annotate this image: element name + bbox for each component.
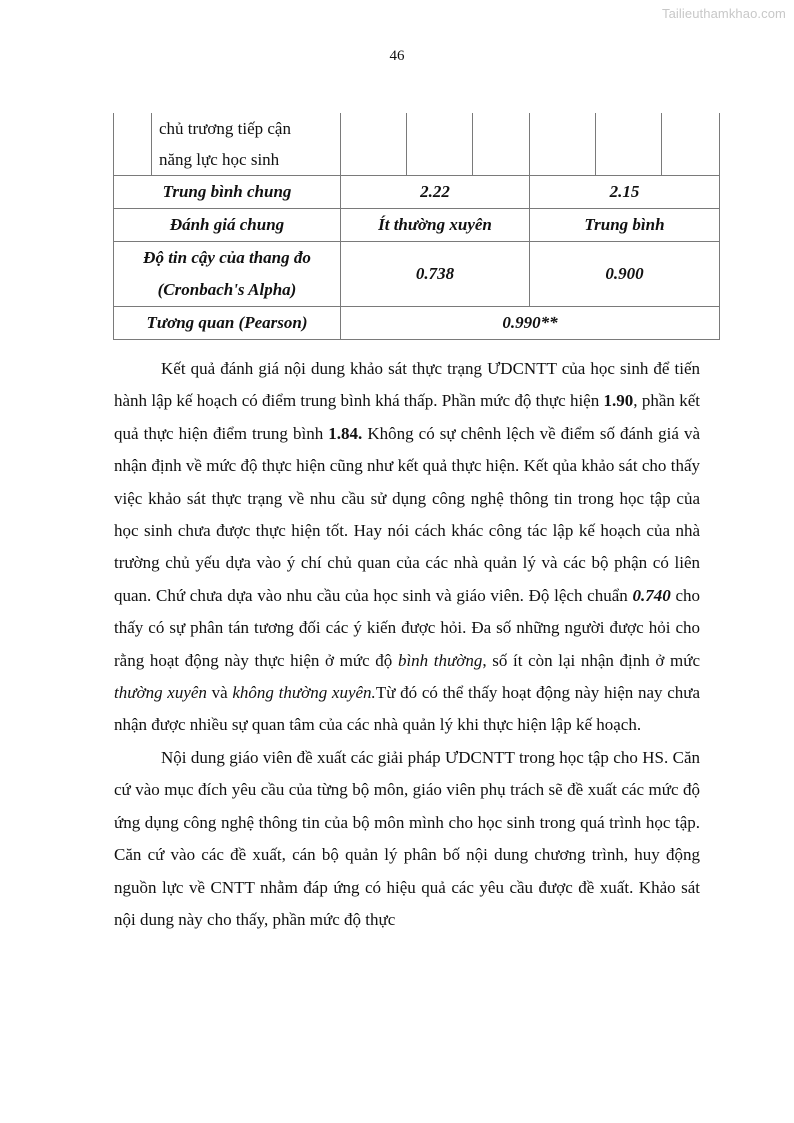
row-label: Độ tin cậy của thang đo (Cronbach's Alph… <box>114 242 341 307</box>
row-label: Đánh giá chung <box>114 209 341 242</box>
page-number: 46 <box>0 48 794 65</box>
bold-value: 1.84. <box>328 424 362 443</box>
table-cell-index <box>114 113 152 176</box>
table-cell <box>407 113 473 176</box>
content-line: năng lực học sinh <box>159 144 340 175</box>
content-line: chủ trương tiếp cận <box>159 113 340 144</box>
table-cell <box>341 113 407 176</box>
label-line: Độ tin cậy của thang đo <box>114 242 340 274</box>
body-text: Kết quả đánh giá nội dung khảo sát thực … <box>114 353 700 936</box>
bold-value: 1.90 <box>604 391 634 410</box>
implementation-value: 0.738 <box>341 242 530 307</box>
bold-italic-value: 0.740 <box>632 586 670 605</box>
table-cell <box>530 113 596 176</box>
italic-text: không thường xuyên. <box>232 683 375 702</box>
text-run: , số ít còn lại nhận định ở mức <box>482 651 700 670</box>
result-value: 2.15 <box>530 176 720 209</box>
row-label: Tương quan (Pearson) <box>114 307 341 340</box>
italic-text: thường xuyên <box>114 683 207 702</box>
paragraph-1: Kết quả đánh giá nội dung khảo sát thực … <box>114 353 700 742</box>
table-row-average: Trung bình chung 2.22 2.15 <box>114 176 720 209</box>
row-label: Trung bình chung <box>114 176 341 209</box>
table-row-reliability: Độ tin cậy của thang đo (Cronbach's Alph… <box>114 242 720 307</box>
paragraph-2: Nội dung giáo viên đề xuất các giải pháp… <box>114 742 700 936</box>
implementation-value: Ít thường xuyên <box>341 209 530 242</box>
table-row-continued: chủ trương tiếp cận năng lực học sinh <box>114 113 720 176</box>
text-run: và <box>207 683 232 702</box>
table-row-evaluation: Đánh giá chung Ít thường xuyên Trung bìn… <box>114 209 720 242</box>
table-cell <box>473 113 530 176</box>
correlation-value: 0.990** <box>341 307 720 340</box>
result-value: 0.900 <box>530 242 720 307</box>
label-line: (Cronbach's Alpha) <box>114 274 340 306</box>
implementation-value: 2.22 <box>341 176 530 209</box>
watermark: Tailieuthamkhao.com <box>662 6 786 21</box>
table-cell-content: chủ trương tiếp cận năng lực học sinh <box>152 113 341 176</box>
result-value: Trung bình <box>530 209 720 242</box>
italic-text: bình thường <box>398 651 482 670</box>
table-cell <box>662 113 720 176</box>
results-table: chủ trương tiếp cận năng lực học sinh Tr… <box>113 113 720 340</box>
table-row-correlation: Tương quan (Pearson) 0.990** <box>114 307 720 340</box>
table-cell <box>596 113 662 176</box>
text-run: Không có sự chênh lệch về điểm số đánh g… <box>114 424 700 605</box>
